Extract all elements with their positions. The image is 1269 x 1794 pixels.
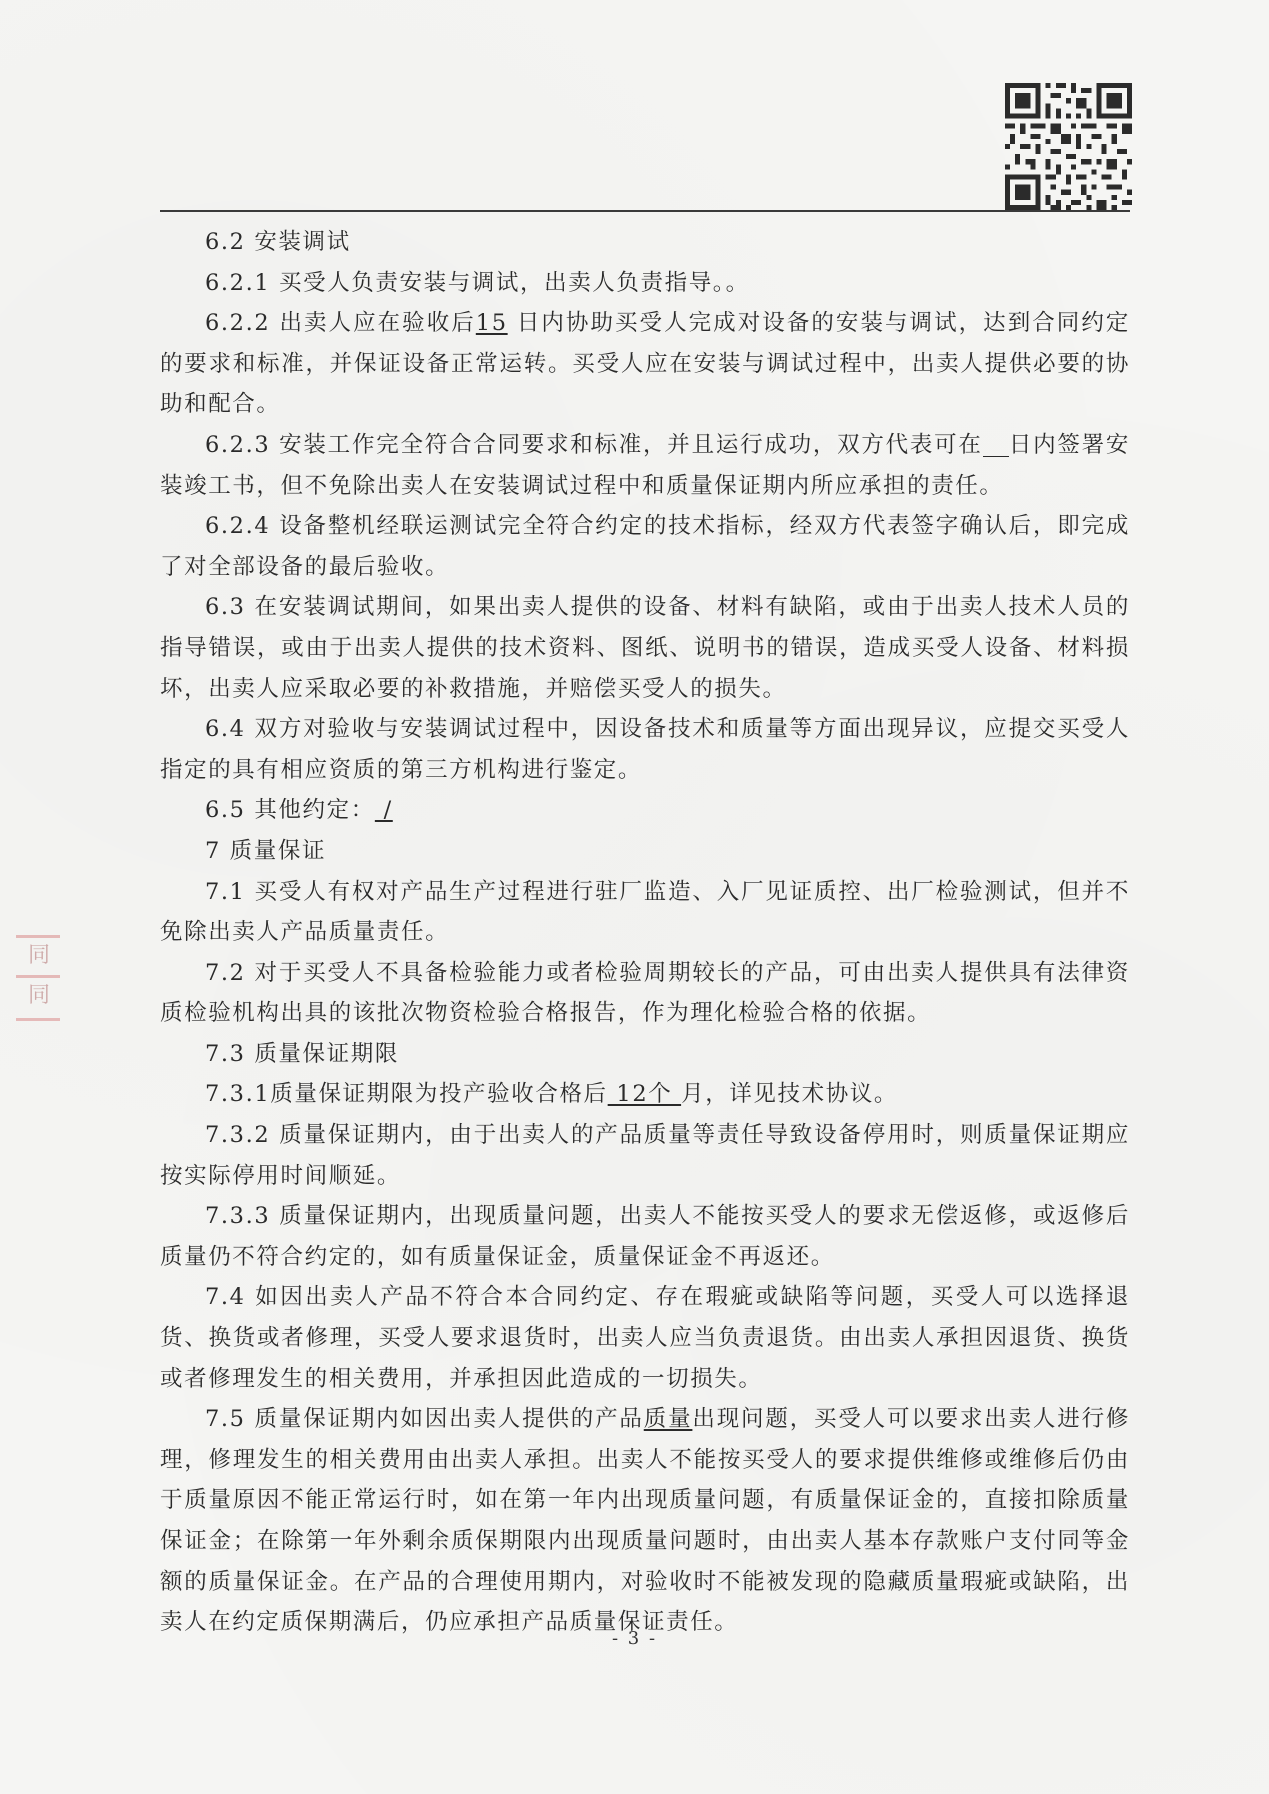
clause-text: 6.2 安装调试 bbox=[205, 229, 351, 255]
clause-7-3-3: 7.3.3 质量保证期内，出现质量问题，出卖人不能按买受人的要求无偿返修，或返修… bbox=[160, 1196, 1130, 1277]
clause-text: 7.2 对于买受人不具备检验能力或者检验周期较长的产品，可由出卖人提供具有法律资… bbox=[160, 960, 1130, 1027]
clause-7-3-1: 7.3.1质量保证期限为投产验收合格后 12个 月，详见技术协议。 bbox=[160, 1074, 1130, 1115]
filled-field: / bbox=[375, 797, 393, 823]
filled-field: 12个 bbox=[608, 1081, 681, 1107]
clause-text: 7.3 质量保证期限 bbox=[205, 1041, 399, 1067]
clause-text: 7.1 买受人有权对产品生产过程进行驻厂监造、入厂见证质控、出厂检验测试，但并不… bbox=[160, 879, 1130, 946]
clause-text: 7.3.2 质量保证期内，由于出卖人的产品质量等责任导致设备停用时，则质量保证期… bbox=[160, 1122, 1130, 1189]
clause-7-3-2: 7.3.2 质量保证期内，由于出卖人的产品质量等责任导致设备停用时，则质量保证期… bbox=[160, 1115, 1130, 1196]
clause-text: 7 质量保证 bbox=[205, 838, 326, 864]
clause-7: 7 质量保证 bbox=[160, 831, 1130, 872]
clause-text: 6.2.3 安装工作完全符合合同要求和标准，并且运行成功，双方代表可在 bbox=[205, 432, 983, 458]
clause-text: 6.4 双方对验收与安装调试过程中，因设备技术和质量等方面出现异议，应提交买受人… bbox=[160, 716, 1130, 783]
clause-6-3: 6.3 在安装调试期间，如果出卖人提供的设备、材料有缺陷，或由于出卖人技术人员的… bbox=[160, 587, 1130, 709]
clause-6-2-3: 6.2.3 安装工作完全符合合同要求和标准，并且运行成功，双方代表可在 日内签署… bbox=[160, 425, 1130, 506]
clause-6-2-1: 6.2.1 买受人负责安装与调试，出卖人负责指导。。 bbox=[160, 263, 1130, 304]
filled-field: 质量 bbox=[644, 1406, 693, 1432]
clause-text: 月，详见技术协议。 bbox=[681, 1081, 898, 1107]
clause-text: 6.5 其他约定： bbox=[205, 797, 375, 823]
contract-body: 6.2 安装调试6.2.1 买受人负责安装与调试，出卖人负责指导。。6.2.2 … bbox=[160, 222, 1130, 1643]
clause-7-3: 7.3 质量保证期限 bbox=[160, 1034, 1130, 1075]
clause-text: 6.2.4 设备整机经联运测试完全符合约定的技术指标，经双方代表签字确认后，即完… bbox=[160, 513, 1130, 580]
clause-text: 7.3.3 质量保证期内，出现质量问题，出卖人不能按买受人的要求无偿返修，或返修… bbox=[160, 1203, 1130, 1270]
clause-text: 6.3 在安装调试期间，如果出卖人提供的设备、材料有缺陷，或由于出卖人技术人员的… bbox=[160, 594, 1130, 701]
filled-field: 15 bbox=[476, 310, 508, 336]
header-divider bbox=[160, 210, 1130, 212]
clause-7-4: 7.4 如因出卖人产品不符合本合同约定、存在瑕疵或缺陷等问题，买受人可以选择退货… bbox=[160, 1277, 1130, 1399]
red-seal-stamp-icon: 同 同 bbox=[16, 935, 60, 1021]
document-page: 同 同 6.2 安装调试6.2.1 买受人负责安装与调试，出卖人负责指导。。6.… bbox=[0, 0, 1269, 1794]
clause-text: 7.5 质量保证期内如因出卖人提供的产品 bbox=[205, 1406, 644, 1432]
blank-field bbox=[983, 434, 1009, 458]
clause-text: 出现问题，买受人可以要求出卖人进行修理，修理发生的相关费用由出卖人承担。出卖人不… bbox=[160, 1406, 1130, 1635]
clause-text: 6.2.2 出卖人应在验收后 bbox=[205, 310, 476, 336]
clause-6-4: 6.4 双方对验收与安装调试过程中，因设备技术和质量等方面出现异议，应提交买受人… bbox=[160, 709, 1130, 790]
page-number: - 3 - bbox=[0, 1628, 1269, 1649]
clause-6-2-4: 6.2.4 设备整机经联运测试完全符合约定的技术指标，经双方代表签字确认后，即完… bbox=[160, 506, 1130, 587]
clause-7-2: 7.2 对于买受人不具备检验能力或者检验周期较长的产品，可由出卖人提供具有法律资… bbox=[160, 953, 1130, 1034]
clause-text: 7.4 如因出卖人产品不符合本合同约定、存在瑕疵或缺陷等问题，买受人可以选择退货… bbox=[160, 1284, 1130, 1391]
clause-6-2-2: 6.2.2 出卖人应在验收后15 日内协助买受人完成对设备的安装与调试，达到合同… bbox=[160, 303, 1130, 425]
clause-text: 6.2.1 买受人负责安装与调试，出卖人负责指导。。 bbox=[205, 270, 750, 296]
clause-7-5: 7.5 质量保证期内如因出卖人提供的产品质量出现问题，买受人可以要求出卖人进行修… bbox=[160, 1399, 1130, 1643]
clause-text: 7.3.1质量保证期限为投产验收合格后 bbox=[205, 1081, 608, 1107]
clause-6-2: 6.2 安装调试 bbox=[160, 222, 1130, 263]
clause-7-1: 7.1 买受人有权对产品生产过程进行驻厂监造、入厂见证质控、出厂检验测试，但并不… bbox=[160, 872, 1130, 953]
qr-code-icon bbox=[1005, 83, 1132, 210]
clause-6-5: 6.5 其他约定： / bbox=[160, 790, 1130, 831]
